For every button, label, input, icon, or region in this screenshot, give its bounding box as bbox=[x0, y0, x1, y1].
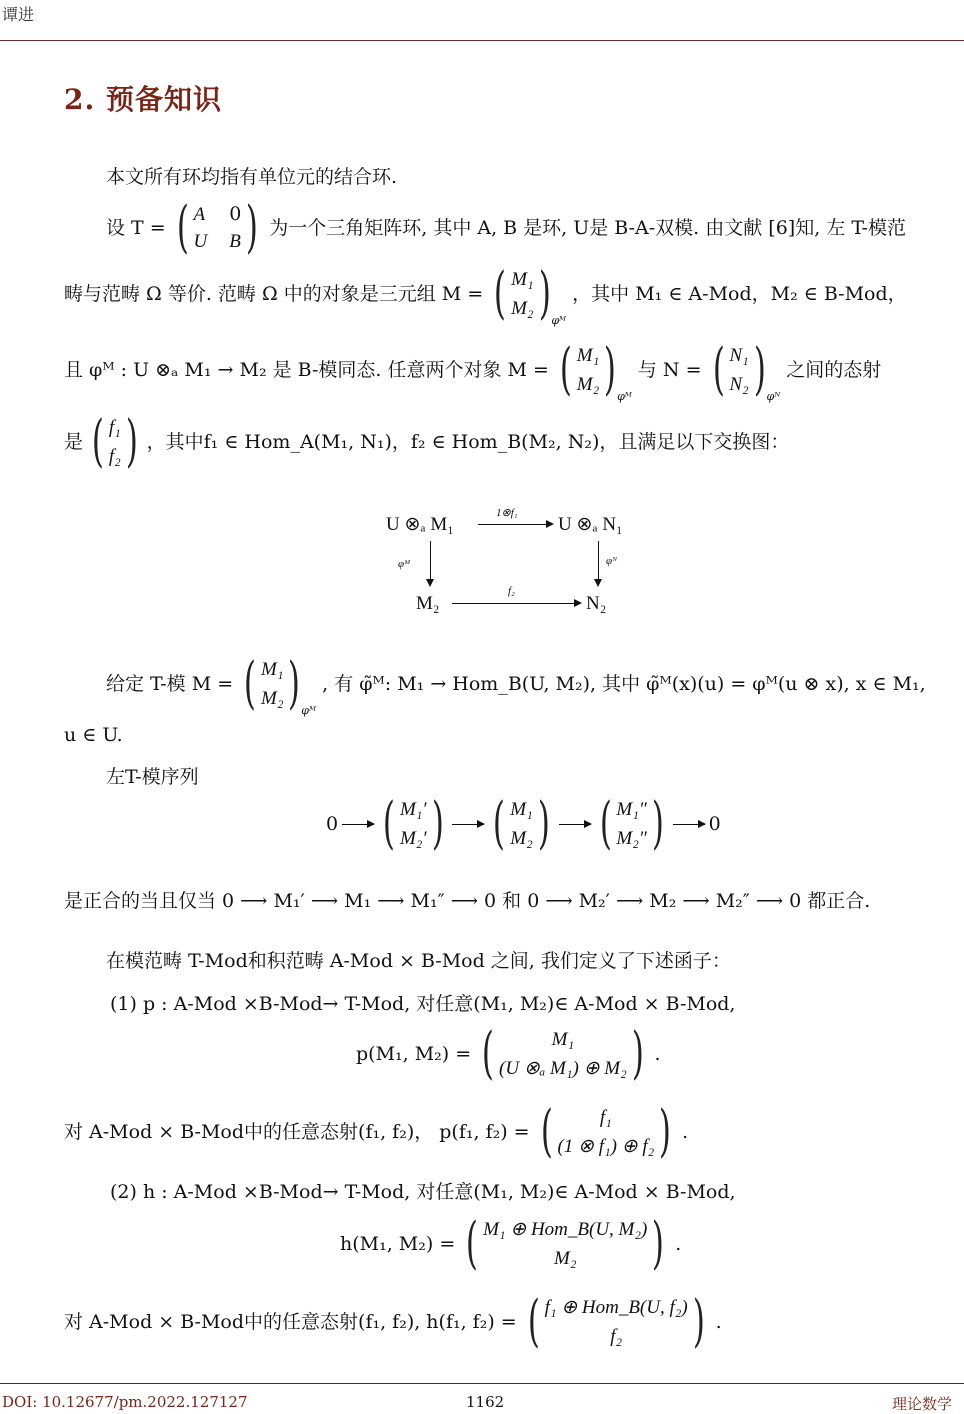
section-title: 2. 预备知识 bbox=[64, 78, 222, 118]
arrow-left bbox=[430, 541, 431, 583]
paragraph-given-T-module: 给定 T-模 M = ( M₁M₂ ) φᴹ , 有 φ̃ᴹ: M₁ → Hom… bbox=[106, 656, 926, 712]
functor-h-objects: h(M₁, M₂) = ( M₁ ⊕ Hom_B(U, M₂)M₂ ) . bbox=[340, 1216, 681, 1272]
matrix-M-prime: ( M₁′M₂′ ) bbox=[378, 796, 448, 852]
matrix-subscript: φᴺ bbox=[767, 391, 781, 402]
matrix-cell: N₂ bbox=[729, 375, 748, 394]
functor-p-morphisms: 对 A-Mod × B-Mod中的任意态射(f₁, f₂)， p(f₁, f₂)… bbox=[64, 1104, 688, 1160]
paragraph-morphism: 且 φᴹ : U ⊗ₐ M₁ → M₂ 是 B-模同态. 任意两个对象 M = … bbox=[64, 342, 881, 398]
footer-doi-link[interactable]: DOI: 10.12677/pm.2022.127127 bbox=[2, 1393, 248, 1411]
arrow-label-right: φᴺ bbox=[606, 555, 617, 567]
matrix-p-M: ( M₁(U ⊗ₐ M₁) ⊕ M₂ ) bbox=[477, 1026, 648, 1082]
arrow-head-icon bbox=[426, 579, 434, 587]
functor-h-morphisms: 对 A-Mod × B-Mod中的任意态射(f₁, f₂), h(f₁, f₂)… bbox=[64, 1294, 722, 1350]
footer-divider bbox=[0, 1383, 964, 1384]
running-header-author: 谭进 bbox=[2, 2, 34, 25]
matrix-M: ( M₁M₂ ) φᴹ bbox=[489, 266, 566, 322]
arrow-label-top: 1⊗f₁ bbox=[496, 506, 518, 519]
matrix-subscript: φᴹ bbox=[617, 391, 632, 402]
text-triangular-desc: 为一个三角矩阵环, 其中 A, B 是环, U是 B-A-双模. 由文献 [6]… bbox=[269, 219, 906, 238]
matrix-M: ( M₁M₂ ) φᴹ bbox=[555, 342, 632, 398]
text-set-T: 设 T = bbox=[106, 219, 166, 238]
matrix-cell: U bbox=[194, 232, 208, 251]
arrow-top bbox=[478, 524, 550, 525]
matrix-M-seq: ( M₁M₂ ) bbox=[488, 796, 554, 852]
period: . bbox=[675, 1235, 681, 1254]
text-homomorphism: 且 φᴹ : U ⊗ₐ M₁ → M₂ 是 B-模同态. 任意两个对象 M = bbox=[64, 361, 549, 380]
matrix-cell: M₂ bbox=[510, 829, 532, 848]
matrix-subscript: φᴹ bbox=[301, 705, 316, 716]
matrix-cell: N₁ bbox=[729, 346, 748, 365]
text-commutative: ，其中f₁ ∈ Hom_A(M₁, N₁)，f₂ ∈ Hom_B(M₂, N₂)… bbox=[147, 433, 790, 452]
text-phi-tilde: , 有 φ̃ᴹ: M₁ → Hom_B(U, M₂), 其中 φ̃ᴹ(x)(u)… bbox=[322, 675, 926, 694]
matrix-subscript: φᴹ bbox=[551, 315, 566, 326]
arrow-label-left: φᴹ bbox=[398, 558, 410, 570]
text-given: 给定 T-模 M = bbox=[106, 675, 233, 694]
arrow-icon bbox=[673, 824, 705, 825]
matrix-cell: (1 ⊗ f₁) ⊕ f₂ bbox=[557, 1137, 654, 1156]
diagram-node-bottom-right: N₂ bbox=[586, 593, 606, 615]
matrix-N: ( N₁N₂ ) φᴺ bbox=[708, 342, 781, 398]
matrix-cell: M₁″ bbox=[616, 800, 646, 819]
matrix-cell: M₁ bbox=[577, 346, 599, 365]
matrix-cell: M₂ bbox=[577, 375, 599, 394]
right-paren: ) bbox=[246, 200, 258, 256]
arrow-icon bbox=[559, 824, 591, 825]
matrix-h-f: ( f₁ ⊕ Hom_B(U, f₂)f₂ ) bbox=[523, 1294, 710, 1350]
text-is: 是 bbox=[64, 433, 83, 452]
arrow-right bbox=[598, 541, 599, 583]
arrow-bottom bbox=[452, 603, 578, 604]
paragraph-functors-intro: 在模范畴 T-Mod和积范畴 A-Mod × B-Mod 之间, 我们定义了下述… bbox=[106, 952, 731, 971]
text-between: 之间的态射 bbox=[786, 361, 881, 380]
matrix-cell: M₂″ bbox=[616, 829, 646, 848]
arrow-label-bottom: f₂ bbox=[508, 585, 515, 597]
paragraph-exactness: 是正合的当且仅当 0 ⟶ M₁′ ⟶ M₁ ⟶ M₁″ ⟶ 0 和 0 ⟶ M₂… bbox=[64, 892, 870, 911]
matrix-cell: f₂ bbox=[109, 447, 121, 466]
diagram-node-top-left: U ⊗ₐ M₁ bbox=[386, 513, 454, 536]
header-divider bbox=[0, 40, 964, 41]
matrix-cell: 0 bbox=[229, 205, 241, 224]
matrix-f: ( f₁f₂ ) bbox=[87, 414, 143, 470]
period: . bbox=[682, 1123, 688, 1142]
arrow-head-icon bbox=[574, 599, 582, 607]
paragraph-morphism-f: 是 ( f₁f₂ ) ，其中f₁ ∈ Hom_A(M₁, N₁)，f₂ ∈ Ho… bbox=[64, 414, 789, 470]
commutative-diagram: U ⊗ₐ M₁ U ⊗ₐ N₁ M₂ N₂ 1⊗f₁ f₂ φᴹ φᴺ bbox=[380, 505, 660, 625]
footer-journal-link[interactable]: 理论数学 bbox=[892, 1393, 952, 1414]
matrix-M-double-prime: ( M₁″M₂″ ) bbox=[595, 796, 669, 852]
functor-h-definition: (2) h : A-Mod ×B-Mod→ T-Mod, 对任意(M₁, M₂)… bbox=[110, 1183, 736, 1202]
matrix-M: ( M₁M₂ ) φᴹ bbox=[239, 656, 316, 712]
matrix-cell: M₂ bbox=[261, 689, 283, 708]
arrow-icon bbox=[342, 824, 374, 825]
matrix-cell: M₁′ bbox=[400, 800, 427, 819]
period: . bbox=[716, 1313, 722, 1332]
matrix-cell: f₁ bbox=[600, 1108, 612, 1127]
footer-page-number: 1162 bbox=[466, 1393, 504, 1411]
matrix-cell: M₁ bbox=[511, 270, 533, 289]
paragraph-rings: 本文所有环均指有单位元的结合环. bbox=[106, 168, 397, 187]
matrix-cell: M₂ bbox=[554, 1249, 576, 1268]
paragraph-triangular-ring: 设 T = ( A 0 U B ) 为一个三角矩阵环, 其中 A, B 是环, … bbox=[106, 200, 906, 256]
zero: 0 bbox=[326, 815, 338, 834]
matrix-cell: M₂ bbox=[511, 299, 533, 318]
matrix-cell: B bbox=[229, 232, 241, 251]
matrix-cell: M₂′ bbox=[400, 829, 427, 848]
text-u-in-U: u ∈ U. bbox=[64, 726, 123, 745]
text-h-M: h(M₁, M₂) = bbox=[340, 1235, 455, 1254]
matrix-cell: f₁ bbox=[109, 418, 121, 437]
matrix-T: ( A 0 U B ) bbox=[172, 200, 264, 256]
arrow-head-icon bbox=[594, 579, 602, 587]
paragraph-category-omega: 畴与范畴 Ω 等价. 范畴 Ω 中的对象是三元组 M = ( M₁M₂ ) φᴹ… bbox=[64, 266, 907, 322]
zero: 0 bbox=[709, 815, 721, 834]
matrix-cell: M₁ bbox=[510, 800, 532, 819]
functor-p-definition: (1) p : A-Mod ×B-Mod→ T-Mod, 对任意(M₁, M₂)… bbox=[110, 995, 735, 1014]
matrix-cell: M₁ bbox=[552, 1030, 574, 1049]
matrix-cell: f₁ ⊕ Hom_B(U, f₂) bbox=[545, 1298, 688, 1317]
matrix-cell: M₁ bbox=[261, 660, 283, 679]
diagram-node-top-right: U ⊗ₐ N₁ bbox=[558, 513, 623, 536]
diagram-node-bottom-left: M₂ bbox=[416, 593, 440, 615]
arrow-head-icon bbox=[546, 520, 554, 528]
text-and-N: 与 N = bbox=[638, 361, 702, 380]
matrix-cell: (U ⊗ₐ M₁) ⊕ M₂ bbox=[499, 1059, 627, 1078]
arrow-icon bbox=[452, 824, 484, 825]
matrix-cell: f₂ bbox=[610, 1327, 622, 1346]
functor-p-objects: p(M₁, M₂) = ( M₁(U ⊗ₐ M₁) ⊕ M₂ ) . bbox=[356, 1026, 661, 1082]
matrix-cell: M₁ ⊕ Hom_B(U, M₂) bbox=[483, 1220, 647, 1239]
text-p-f: 对 A-Mod × B-Mod中的任意态射(f₁, f₂)， p(f₁, f₂)… bbox=[64, 1123, 530, 1142]
exact-sequence: 0 ( M₁′M₂′ ) ( M₁M₂ ) ( M₁″M₂″ ) 0 bbox=[326, 796, 721, 852]
matrix-p-f: ( f₁(1 ⊗ f₁) ⊕ f₂ ) bbox=[536, 1104, 676, 1160]
matrix-h-M: ( M₁ ⊕ Hom_B(U, M₂)M₂ ) bbox=[461, 1216, 669, 1272]
paragraph-sequence-intro: 左T-模序列 bbox=[106, 768, 199, 787]
text-h-f: 对 A-Mod × B-Mod中的任意态射(f₁, f₂), h(f₁, f₂)… bbox=[64, 1313, 517, 1332]
period: . bbox=[655, 1045, 661, 1064]
text-membership: ，其中 M₁ ∈ A-Mod，M₂ ∈ B-Mod， bbox=[572, 285, 906, 304]
matrix-cell: A bbox=[194, 205, 208, 224]
text-omega: 畴与范畴 Ω 等价. 范畴 Ω 中的对象是三元组 M = bbox=[64, 285, 483, 304]
text-p-M: p(M₁, M₂) = bbox=[356, 1045, 471, 1064]
left-paren: ( bbox=[177, 200, 189, 256]
